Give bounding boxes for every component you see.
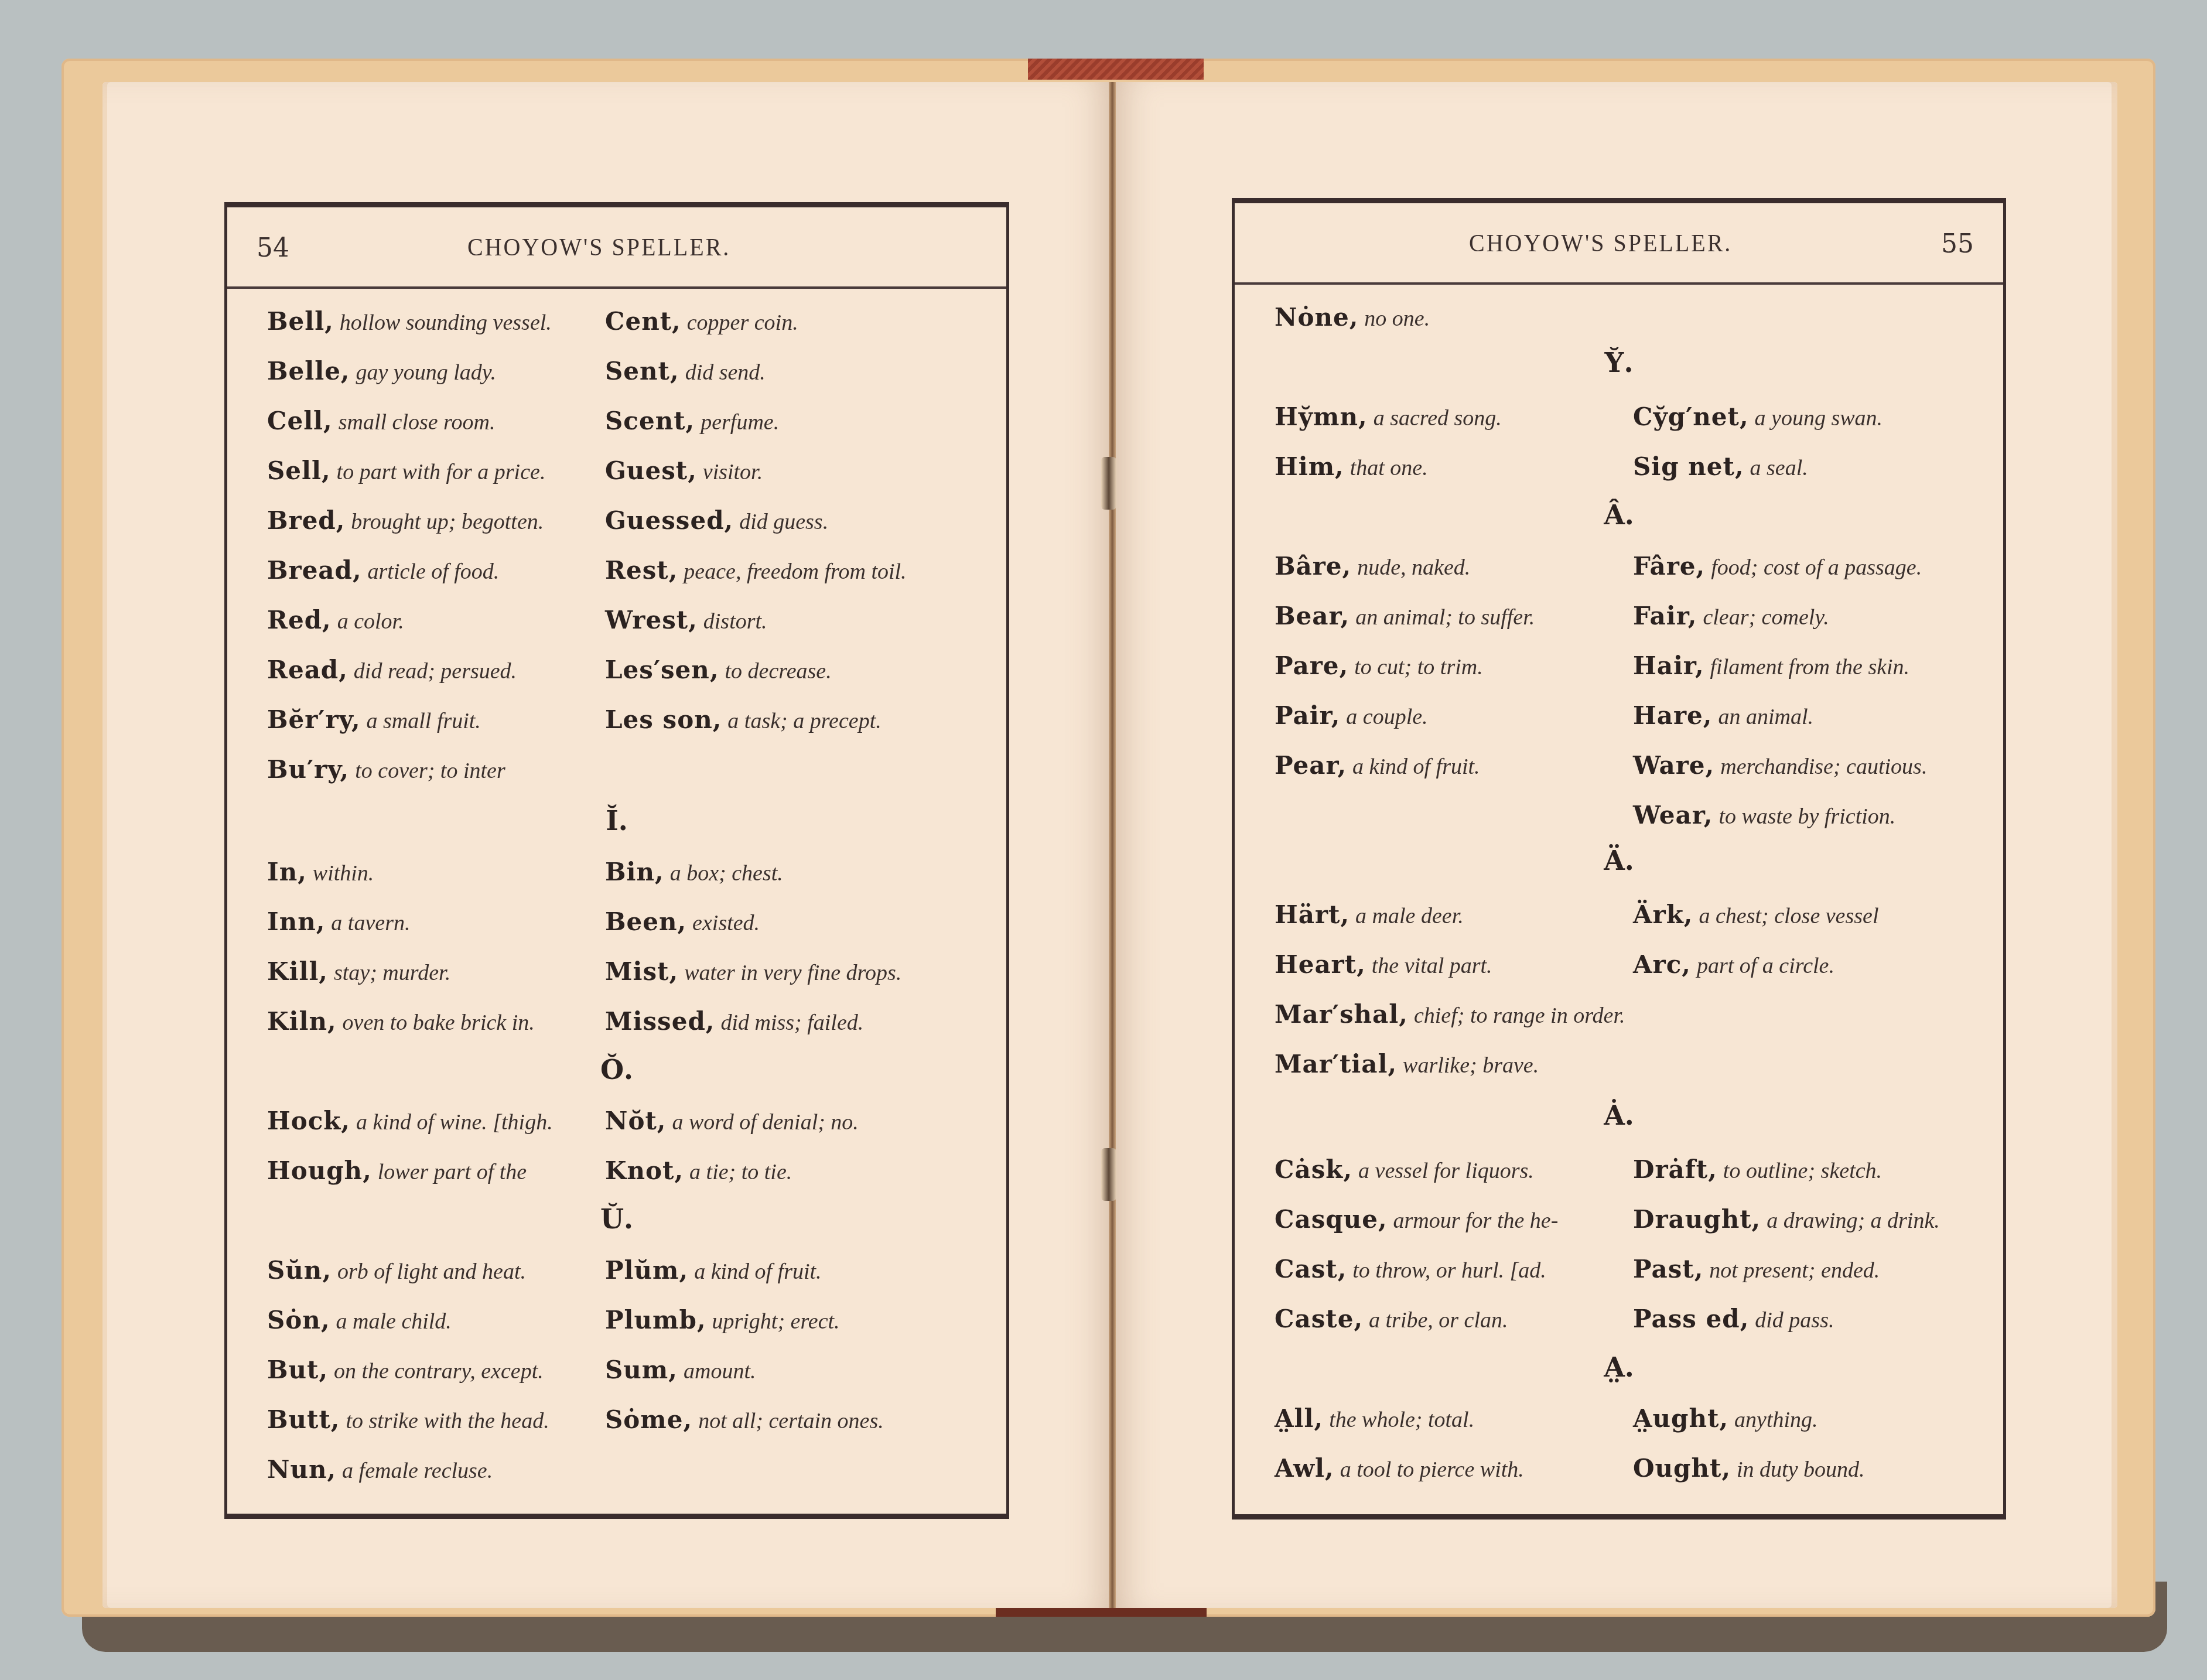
running-title: CHOYOW'S SPELLER. — [467, 233, 730, 261]
word-entry: Scent,perfume. — [605, 407, 779, 435]
word-entry: Bâre,nude, naked. — [1275, 552, 1470, 581]
word-entry: Bear,an animal; to suffer. — [1275, 602, 1535, 630]
word-row: Casque,armour for the he- Draught,a draw… — [1235, 1205, 2003, 1240]
page-header: CHOYOW'S SPELLER. 55 — [1235, 203, 2003, 285]
section-heading-o: Ŏ. — [227, 1054, 1006, 1085]
word-row: Belle,gay young lady. Sent,did send. — [227, 357, 1006, 392]
spine-headband — [1028, 59, 1204, 80]
word-row: Sŭn,orb of light and heat. Plŭm,a kind o… — [227, 1256, 1006, 1291]
word-entry: Guest,visitor. — [605, 456, 763, 485]
word-entry: Missed,did miss; failed. — [605, 1007, 863, 1036]
word-entry: Bred,brought up; begotten. — [267, 506, 544, 535]
word-entry: Bu′ry,to cover; to inter — [267, 755, 505, 784]
word-entry: Härt,a male deer. — [1275, 900, 1464, 929]
word-row: Hock,a kind of wine. [thigh. Nŏt,a word … — [227, 1107, 1006, 1142]
word-entry: Cȧsk,a vessel for liquors. — [1275, 1155, 1534, 1184]
word-row: Pare,to cut; to trim. Hair,filament from… — [1235, 651, 2003, 687]
word-entry: Plumb,upright; erect. — [605, 1306, 840, 1334]
word-entry: Draught,a drawing; a drink. — [1633, 1205, 1940, 1234]
word-entry: Sig net,a seal. — [1633, 452, 1808, 481]
word-row: Bread,article of food. Rest,peace, freed… — [227, 556, 1006, 591]
word-row: Bĕr′ry,a small fruit. Les son,a task; a … — [227, 705, 1006, 740]
word-row: Nun,a female recluse. — [227, 1455, 1006, 1490]
word-row: Cast,to throw, or hurl. [ad. Past,not pr… — [1235, 1255, 2003, 1290]
section-heading-a-dot: Ȧ. — [1235, 1099, 2003, 1131]
word-row: Bear,an animal; to suffer. Fair,clear; c… — [1235, 602, 2003, 637]
word-entry: Knot,a tie; to tie. — [605, 1156, 792, 1185]
section-heading-y: Y̆. — [1235, 347, 2003, 378]
word-entry: Awl,a tool to pierce with. — [1275, 1454, 1524, 1483]
word-entry: Pair,a couple. — [1275, 701, 1428, 730]
word-entry: Hock,a kind of wine. [thigh. — [267, 1107, 553, 1135]
word-entry: Drȧft,to outline; sketch. — [1633, 1155, 1882, 1184]
word-entry: Nȯne,no one. — [1275, 303, 1430, 332]
word-entry: Guessed,did guess. — [605, 506, 828, 535]
word-entry: Ware,merchandise; cautious. — [1633, 751, 1927, 780]
word-row: Kiln,oven to bake brick in. Missed,did m… — [227, 1007, 1006, 1042]
page-number: 55 — [1941, 229, 1974, 259]
word-row: Pear,a kind of fruit. Ware,merchandise; … — [1235, 751, 2003, 786]
word-entry: But,on the contrary, except. — [267, 1355, 544, 1384]
word-entry: Fair,clear; comely. — [1633, 602, 1829, 630]
word-row: Cell,small close room. Scent,perfume. — [227, 407, 1006, 442]
word-row: Nȯne,no one. — [1235, 303, 2003, 338]
word-entry: Sell,to part with for a price. — [267, 456, 545, 485]
word-entry: Les son,a task; a precept. — [605, 705, 882, 734]
word-entry: Red,a color. — [267, 606, 404, 634]
running-title: CHOYOW'S SPELLER. — [1469, 228, 1732, 257]
word-entry: Hy̆mn,a sacred song. — [1275, 402, 1502, 431]
word-row: Mar′shal,chief; to range in order. — [1235, 1000, 2003, 1035]
section-heading-a-umlaut: Ä. — [1235, 845, 2003, 876]
word-entry: Nun,a female recluse. — [267, 1455, 493, 1484]
word-entry: Wear,to waste by friction. — [1633, 801, 1895, 829]
word-row: Cȧsk,a vessel for liquors. Drȧft,to outl… — [1235, 1155, 2003, 1190]
word-entry: Mar′tial,warlike; brave. — [1275, 1050, 1539, 1078]
page-number: 54 — [257, 233, 289, 263]
word-row: Bu′ry,to cover; to inter — [227, 755, 1006, 790]
word-row: Mar′tial,warlike; brave. — [1235, 1050, 2003, 1085]
word-entry: Bin,a box; chest. — [605, 858, 783, 886]
section-heading-a-diaeresis-below: A̤. — [1235, 1351, 2003, 1383]
word-row: Wear,to waste by friction. — [1235, 801, 2003, 836]
word-entry: Cent,copper coin. — [605, 307, 798, 336]
word-entry: Sȯme,not all; certain ones. — [605, 1405, 884, 1434]
word-row: Caste,a tribe, or clan. Pass ed,did pass… — [1235, 1305, 2003, 1340]
word-entry: Sȯn,a male child. — [267, 1306, 452, 1334]
word-row: Pair,a couple. Hare,an animal. — [1235, 701, 2003, 736]
word-entry: Cast,to throw, or hurl. [ad. — [1275, 1255, 1546, 1283]
word-entry: Pare,to cut; to trim. — [1275, 651, 1483, 680]
word-entry: Cy̆g′net,a young swan. — [1633, 402, 1883, 431]
word-row: Read,did read; persued. Les′sen,to decre… — [227, 655, 1006, 691]
word-entry: Bĕr′ry,a small fruit. — [267, 705, 481, 734]
binding-stitch — [1101, 457, 1116, 510]
word-entry: Butt,to strike with the head. — [267, 1405, 549, 1434]
word-row: Awl,a tool to pierce with. Ought,in duty… — [1235, 1454, 2003, 1489]
word-entry: A̤ught,anything. — [1633, 1404, 1818, 1433]
word-row: Bred,brought up; begotten. Guessed,did g… — [227, 506, 1006, 541]
word-row: A̤ll,the whole; total. A̤ught,anything. — [1235, 1404, 2003, 1439]
word-entry: Sum,amount. — [605, 1355, 756, 1384]
word-entry: Les′sen,to decrease. — [605, 655, 832, 684]
word-entry: Casque,armour for the he- — [1275, 1205, 1558, 1234]
word-row: Hy̆mn,a sacred song. Cy̆g′net,a young sw… — [1235, 402, 2003, 438]
word-entry: Inn,a tavern. — [267, 907, 410, 936]
word-entry: Bell,hollow sounding vessel. — [267, 307, 552, 336]
word-entry: A̤ll,the whole; total. — [1275, 1404, 1474, 1433]
word-entry: Rest,peace, freedom from toil. — [605, 556, 907, 585]
word-row: Bâre,nude, naked. Fâre,food; cost of a p… — [1235, 552, 2003, 587]
word-entry: Hough,lower part of the — [267, 1156, 527, 1185]
word-entry: Fâre,food; cost of a passage. — [1633, 552, 1922, 581]
word-entry: Pear,a kind of fruit. — [1275, 751, 1480, 780]
word-entry: Ought,in duty bound. — [1633, 1454, 1865, 1483]
word-row: Heart,the vital part. Arc,part of a circ… — [1235, 950, 2003, 985]
word-entry: Been,existed. — [605, 907, 760, 936]
word-entry: Wrest,distort. — [605, 606, 767, 634]
word-entry: Read,did read; persued. — [267, 655, 517, 684]
word-row: Inn,a tavern. Been,existed. — [227, 907, 1006, 943]
word-row: Sell,to part with for a price. Guest,vis… — [227, 456, 1006, 491]
word-entry: Hair,filament from the skin. — [1633, 651, 1909, 680]
section-heading-i: Ĭ. — [227, 805, 1006, 836]
word-row: Butt,to strike with the head. Sȯme,not a… — [227, 1405, 1006, 1440]
word-row: Bell,hollow sounding vessel. Cent,copper… — [227, 307, 1006, 342]
word-row: Härt,a male deer. Ärk,a chest; close ves… — [1235, 900, 2003, 935]
word-row: Kill,stay; murder. Mist,water in very fi… — [227, 957, 1006, 992]
word-entry: Mist,water in very fine drops. — [605, 957, 901, 986]
left-page-frame: 54 CHOYOW'S SPELLER. Bell,hollow soundin… — [224, 202, 1009, 1519]
word-entry: Sent,did send. — [605, 357, 766, 385]
word-entry: Past,not present; ended. — [1633, 1255, 1880, 1283]
word-entry: Kill,stay; murder. — [267, 957, 450, 986]
word-row: But,on the contrary, except. Sum,amount. — [227, 1355, 1006, 1391]
word-row: Sȯn,a male child. Plumb,upright; erect. — [227, 1306, 1006, 1341]
word-entry: Sŭn,orb of light and heat. — [267, 1256, 526, 1285]
word-entry: Hare,an animal. — [1633, 701, 1813, 730]
word-entry: In,within. — [267, 858, 374, 886]
right-page-frame: CHOYOW'S SPELLER. 55 Nȯne,no one. Y̆. Hy… — [1232, 198, 2006, 1519]
word-row: Him,that one. Sig net,a seal. — [1235, 452, 2003, 487]
word-entry: Mar′shal,chief; to range in order. — [1275, 1000, 1625, 1029]
word-entry: Arc,part of a circle. — [1633, 950, 1834, 979]
page-header: 54 CHOYOW'S SPELLER. — [227, 207, 1006, 289]
word-entry: Cell,small close room. — [267, 407, 495, 435]
word-row: Hough,lower part of the Knot,a tie; to t… — [227, 1156, 1006, 1191]
binding-stitch — [1101, 1148, 1116, 1201]
section-heading-u: Ŭ. — [227, 1203, 1006, 1235]
word-entry: Him,that one. — [1275, 452, 1428, 481]
word-entry: Bread,article of food. — [267, 556, 499, 585]
word-entry: Ärk,a chest; close vessel — [1633, 900, 1878, 929]
word-entry: Belle,gay young lady. — [267, 357, 496, 385]
word-entry: Pass ed,did pass. — [1633, 1305, 1834, 1333]
word-entry: Nŏt,a word of denial; no. — [605, 1107, 859, 1135]
word-entry: Heart,the vital part. — [1275, 950, 1492, 979]
word-entry: Caste,a tribe, or clan. — [1275, 1305, 1508, 1333]
word-row: Red,a color. Wrest,distort. — [227, 606, 1006, 641]
word-entry: Kiln,oven to bake brick in. — [267, 1007, 535, 1036]
word-row: In,within. Bin,a box; chest. — [227, 858, 1006, 893]
word-entry: Plŭm,a kind of fruit. — [605, 1256, 822, 1285]
book-gutter — [1109, 82, 1116, 1608]
section-heading-a-circumflex: Â. — [1235, 499, 2003, 531]
